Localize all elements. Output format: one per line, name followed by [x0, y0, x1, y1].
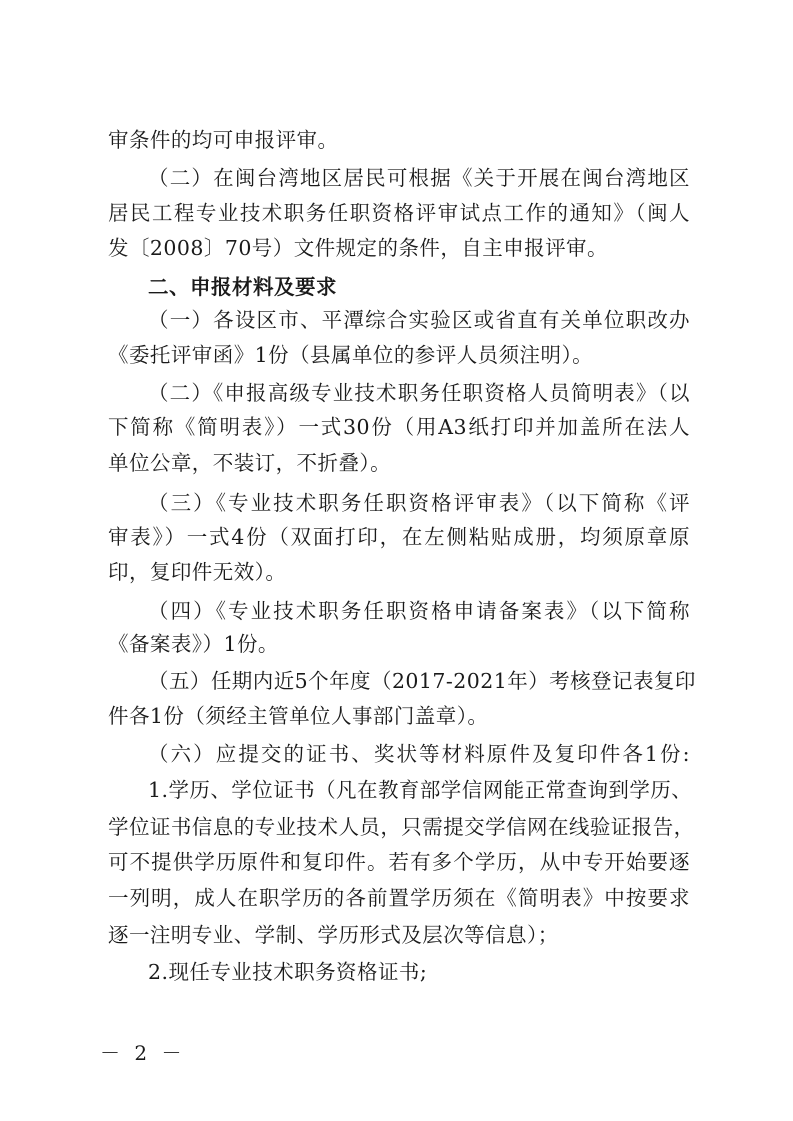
paragraph-line: （六）应提交的证书、奖状等材料原件及复印件各1份: [148, 739, 690, 769]
paragraph-line: （三）《专业技术职务任职资格评审表》（以下简称《评 [148, 488, 690, 518]
paragraph-line: 可不提供学历原件和复印件。若有多个学历，从中专开始要逐 [108, 847, 690, 877]
section-heading: 二、申报材料及要求 [148, 272, 337, 302]
paragraph-line: 件各1份（须经主管单位人事部门盖章）。 [108, 701, 690, 731]
paragraph-line: 一列明，成人在职学历的各前置学历须在《简明表》中按要求 [108, 883, 690, 913]
paragraph-line: 下简称《简明表》）一式30份（用A3纸打印并加盖所在法人 [108, 412, 690, 442]
paragraph-line: （二）在闽台湾地区居民可根据《关于开展在闽台湾地区 [148, 163, 690, 193]
page-number: － 2 － [100, 1038, 185, 1068]
paragraph-line: 居民工程专业技术职务任职资格评审试点工作的通知》（闽人 [108, 198, 690, 228]
paragraph-line: （四）《专业技术职务任职资格申请备案表》（以下简称 [148, 596, 690, 626]
paragraph-line: 学位证书信息的专业技术人员，只需提交学信网在线验证报告， [108, 812, 690, 842]
paragraph-line: （一）各设区市、平潭综合实验区或省直有关单位职改办 [148, 305, 690, 335]
paragraph-line: 1.学历、学位证书（凡在教育部学信网能正常查询到学历、 [148, 775, 690, 805]
paragraph-line: 审表》）一式4份（双面打印，在左侧粘贴成册，均须原章原 [108, 522, 690, 552]
paragraph-line: 单位公章，不装订，不折叠）。 [108, 448, 690, 478]
paragraph-line: 逐一注明专业、学制、学历形式及层次等信息）； [108, 920, 690, 950]
paragraph-line: （二）《申报高级专业技术职务任职资格人员简明表》（以 [148, 378, 690, 408]
paragraph-line: 《委托评审函》1份（县属单位的参评人员须注明）。 [108, 340, 690, 370]
paragraph-line: 发〔2008〕70号）文件规定的条件，自主申报评审。 [108, 233, 690, 263]
paragraph-line: （五）任期内近5个年度（2017-2021年）考核登记表复印 [148, 666, 690, 696]
paragraph-line: 审条件的均可申报评审。 [108, 125, 690, 155]
paragraph-line: 《备案表》）1份。 [108, 629, 690, 659]
paragraph-line: 2.现任专业技术职务资格证书; [148, 957, 690, 987]
document-page: 审条件的均可申报评审。 （二）在闽台湾地区居民可根据《关于开展在闽台湾地区 居民… [0, 0, 793, 1121]
paragraph-line: 印，复印件无效）。 [108, 557, 690, 587]
